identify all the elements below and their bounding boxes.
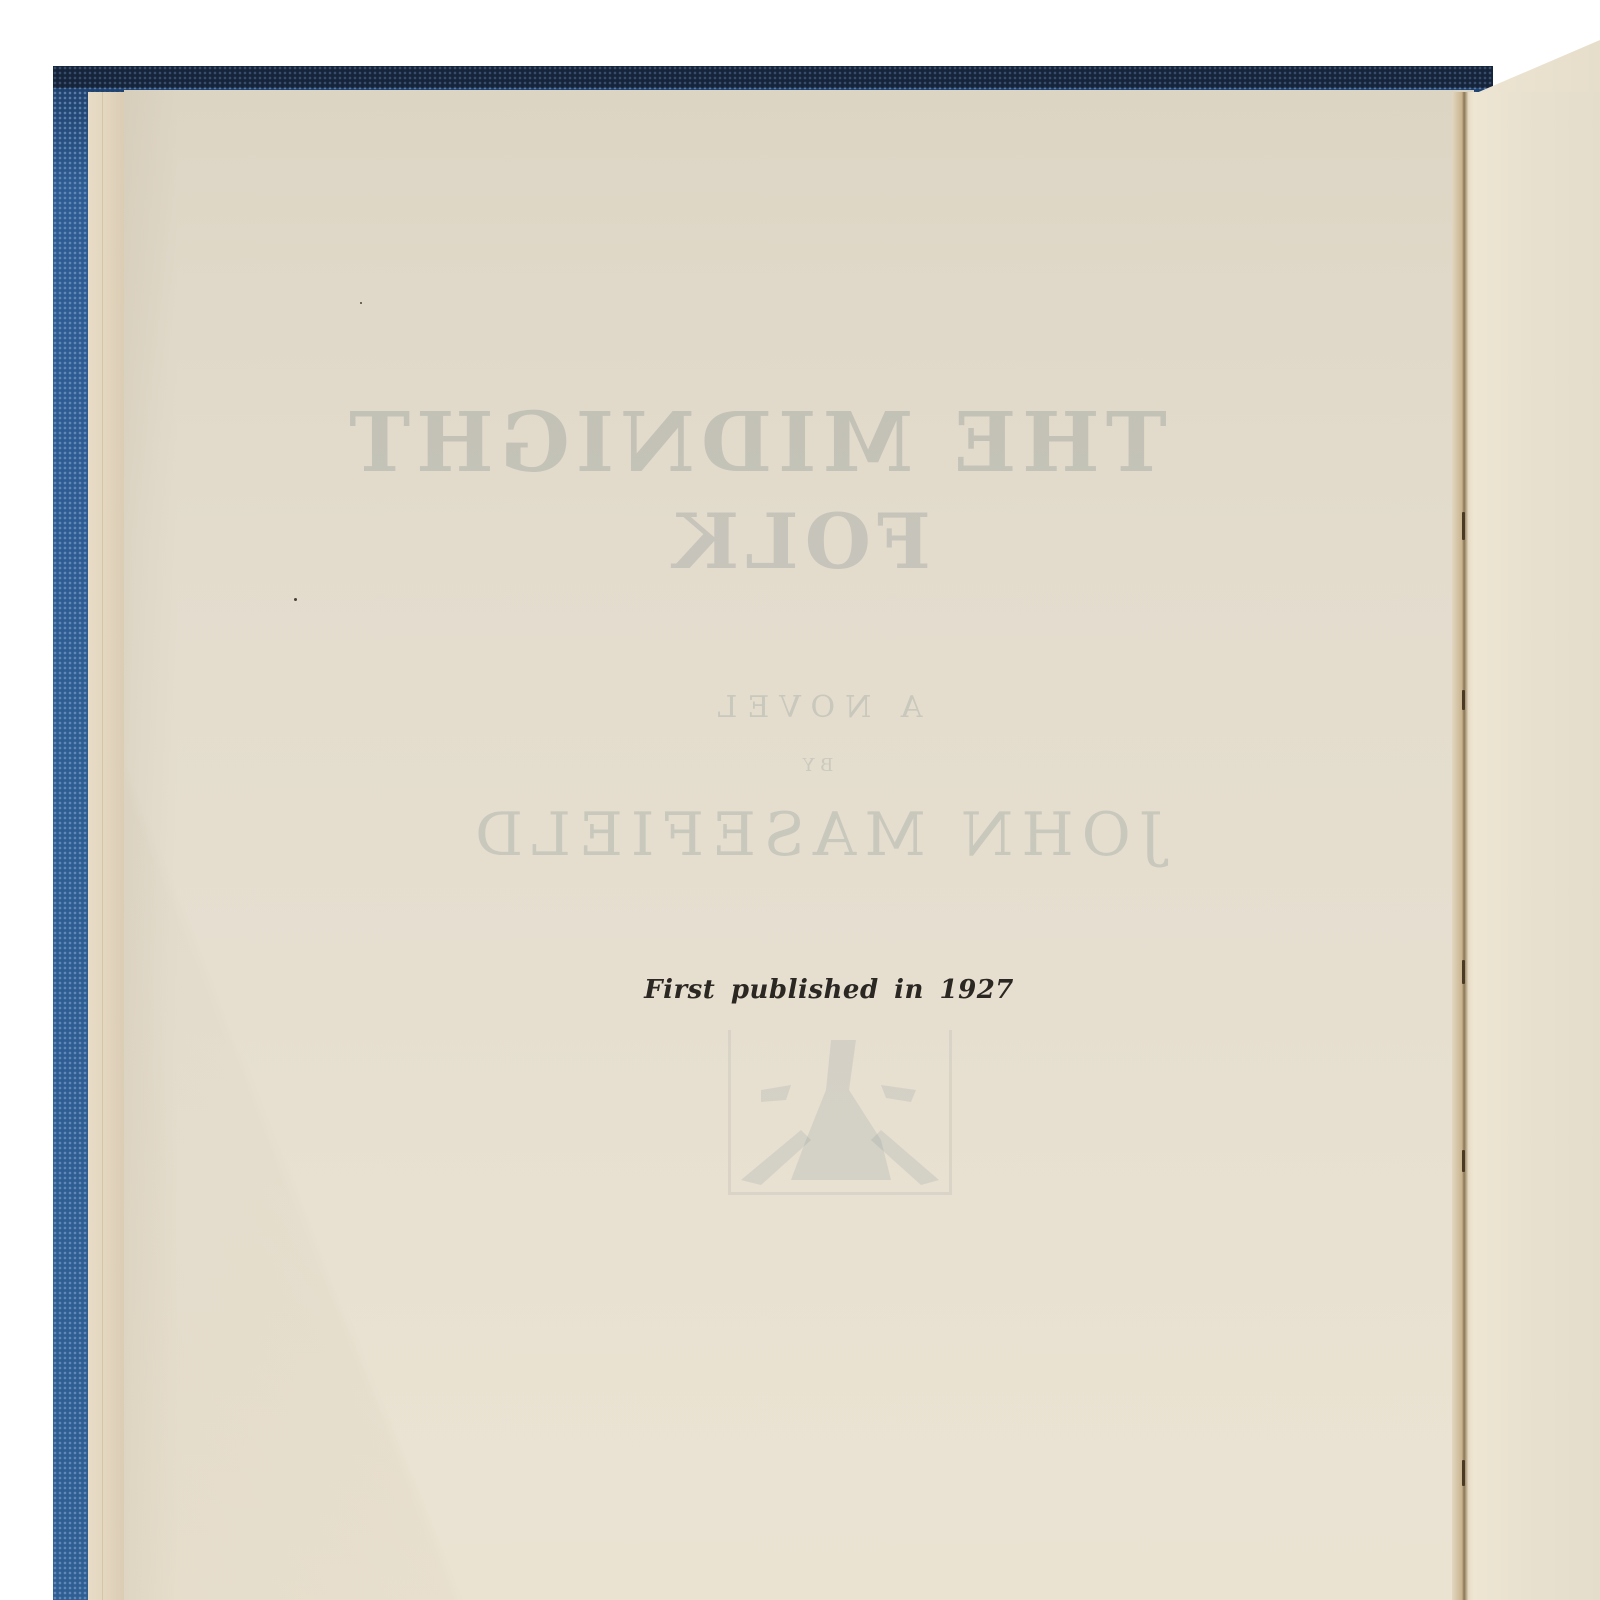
binding-stitch — [1462, 1150, 1465, 1172]
show-through-title-line-2: FOLK — [124, 497, 1474, 586]
publication-imprint: First published in 1927 — [124, 975, 1504, 1005]
publisher-device-icon — [728, 1030, 952, 1195]
binding-stitch — [1462, 690, 1465, 710]
cover-top-edge — [53, 66, 1493, 88]
show-through-author: JOHN MASEFIELD — [140, 800, 1490, 870]
spine-gutter — [1452, 92, 1474, 1600]
binding-stitch — [1462, 512, 1465, 540]
show-through-by: BY — [140, 755, 1490, 776]
paper-speck — [360, 302, 362, 304]
show-through-title-line-1: THE MIDNIGHT — [80, 395, 1430, 491]
paper-speck — [294, 598, 297, 601]
binding-stitch — [1462, 960, 1465, 984]
recto-page — [1474, 92, 1600, 1600]
page-block-edge-inner — [102, 92, 126, 1600]
show-through-subtitle: A NOVEL — [140, 690, 1490, 725]
binding-stitch — [1462, 1460, 1465, 1486]
book-photo: THE MIDNIGHT FOLK A NOVEL BY JOHN MASEFI… — [0, 0, 1600, 1600]
